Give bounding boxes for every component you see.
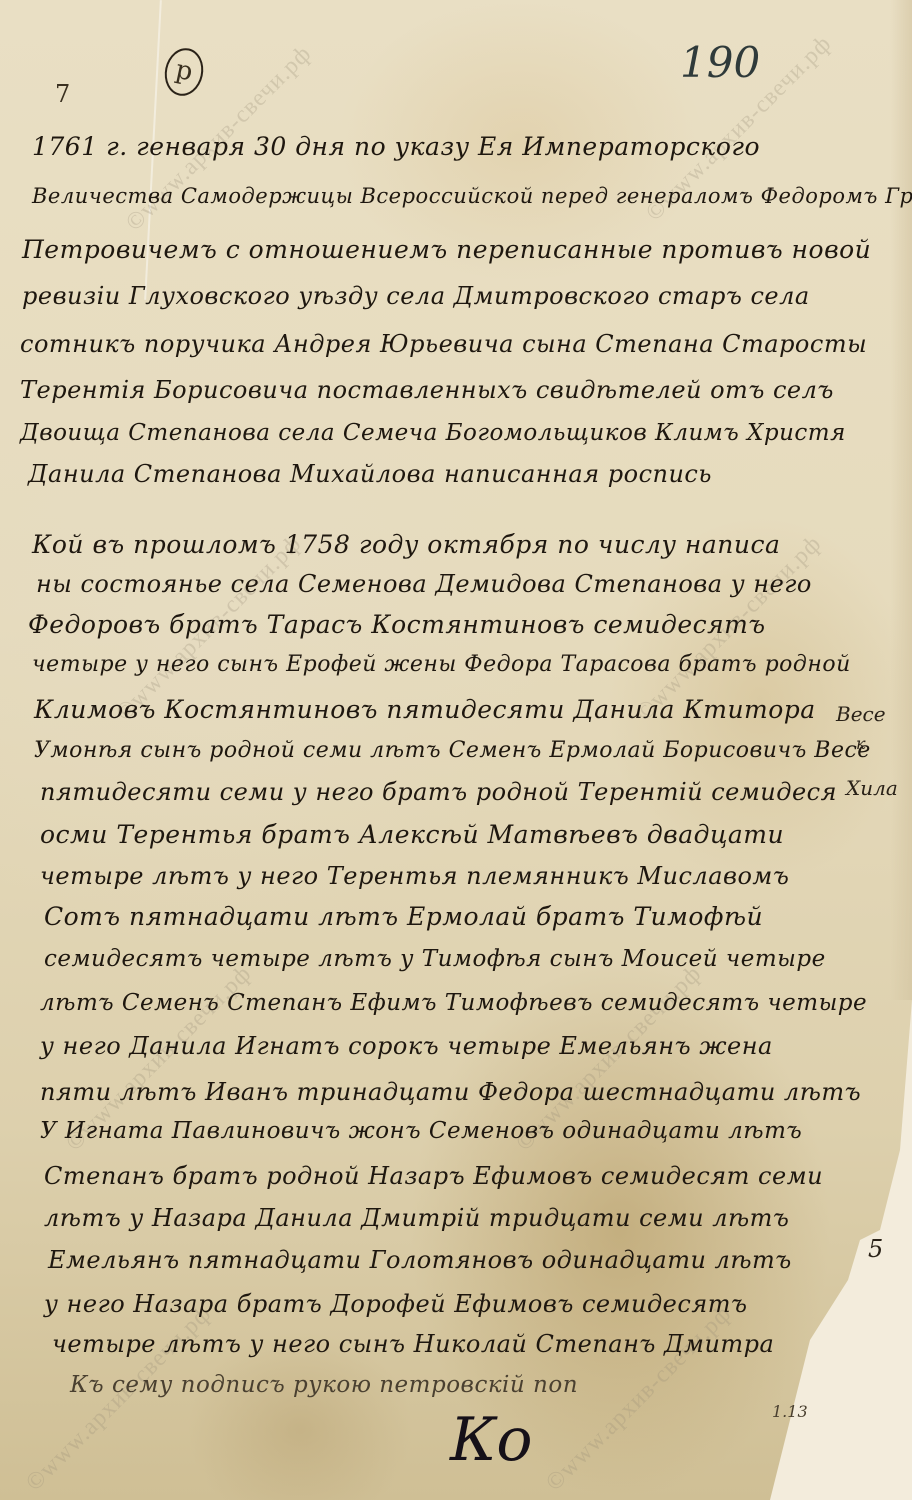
manuscript-line: Терентія Борисовича поставленныхъ свидѣт… — [20, 376, 834, 404]
manuscript-line: четыре лѣтъ у него Терентья племянникъ М… — [40, 862, 789, 890]
manuscript-line: семидесятъ четыре лѣтъ у Тимофѣя сынъ Мо… — [44, 946, 826, 972]
manuscript-line: У Игната Павлиновичъ жонъ Семеновъ одина… — [40, 1118, 802, 1144]
manuscript-line: у него Данила Игнатъ сорокъ четыре Емель… — [40, 1032, 773, 1060]
manuscript-line: Къ сему подписъ рукою петровскій поп — [70, 1372, 578, 1398]
manuscript-line: лѣтъ Семенъ Степанъ Ефимъ Тимофѣевъ семи… — [40, 990, 867, 1016]
signature-mark: Ко — [450, 1405, 533, 1475]
margin-note: к — [856, 734, 866, 753]
manuscript-line: Степанъ братъ родной Назаръ Ефимовъ семи… — [44, 1162, 823, 1190]
manuscript-line: Двоища Степанова села Семеча Богомольщик… — [20, 420, 846, 446]
margin-note: 5 — [868, 1235, 883, 1263]
corner-mark: 7 — [55, 80, 70, 108]
manuscript-line: четыре у него сынъ Ерофей жены Федора Та… — [32, 652, 851, 677]
manuscript-line: осми Терентья братъ Алексѣй Матвѣевъ два… — [40, 820, 784, 849]
manuscript-line: Емельянъ пятнадцати Голотяновъ одинадцат… — [48, 1246, 792, 1274]
manuscript-line: лѣтъ у Назара Данила Дмитрій тридцати се… — [44, 1204, 789, 1232]
manuscript-line: Данила Степанова Михайлова написанная ро… — [28, 460, 712, 488]
circled-mark: р — [160, 45, 207, 100]
manuscript-line: Умонѣя сынъ родной семи лѣтъ Семенъ Ермо… — [34, 738, 871, 763]
manuscript-line: Сотъ пятнадцати лѣтъ Ермолай братъ Тимоф… — [44, 902, 763, 931]
manuscript-line: ревизіи Глуховского уѣзду села Дмитровск… — [22, 282, 810, 310]
margin-note: Хила — [846, 776, 898, 800]
bottom-note: 1.13 — [772, 1402, 808, 1421]
manuscript-line: Кой въ прошломъ 1758 году октября по чис… — [32, 530, 780, 559]
manuscript-line: Петровичемъ с отношениемъ переписанные п… — [22, 235, 871, 264]
manuscript-line: 1761 г. генваря 30 дня по указу Ея Импер… — [32, 132, 760, 161]
manuscript-line: Федоровъ братъ Тарасъ Костянтиновъ семид… — [28, 610, 766, 639]
manuscript-line: сотникъ поручика Андрея Юрьевича сына Ст… — [20, 330, 867, 358]
paper-edge — [890, 0, 912, 1000]
manuscript-line: у него Назара братъ Дорофей Ефимовъ семи… — [44, 1290, 747, 1318]
manuscript-line: Климовъ Костянтиновъ пятидесяти Данила К… — [34, 695, 816, 724]
manuscript-page: ©www.архив-свечи.рф ©www.архив-свечи.рф … — [0, 0, 912, 1500]
margin-note: Весе — [836, 702, 886, 726]
manuscript-line: четыре лѣтъ у него сынъ Николай Степанъ … — [52, 1330, 774, 1358]
manuscript-line: пятидесяти семи у него братъ родной Тере… — [40, 778, 837, 806]
manuscript-line: ны состоянье села Семенова Демидова Степ… — [36, 570, 812, 598]
manuscript-line: Величества Самодержицы Всероссийской пер… — [32, 184, 912, 208]
manuscript-line: пяти лѣтъ Иванъ тринадцати Федора шестна… — [40, 1078, 861, 1106]
folio-number: 190 — [680, 38, 760, 87]
